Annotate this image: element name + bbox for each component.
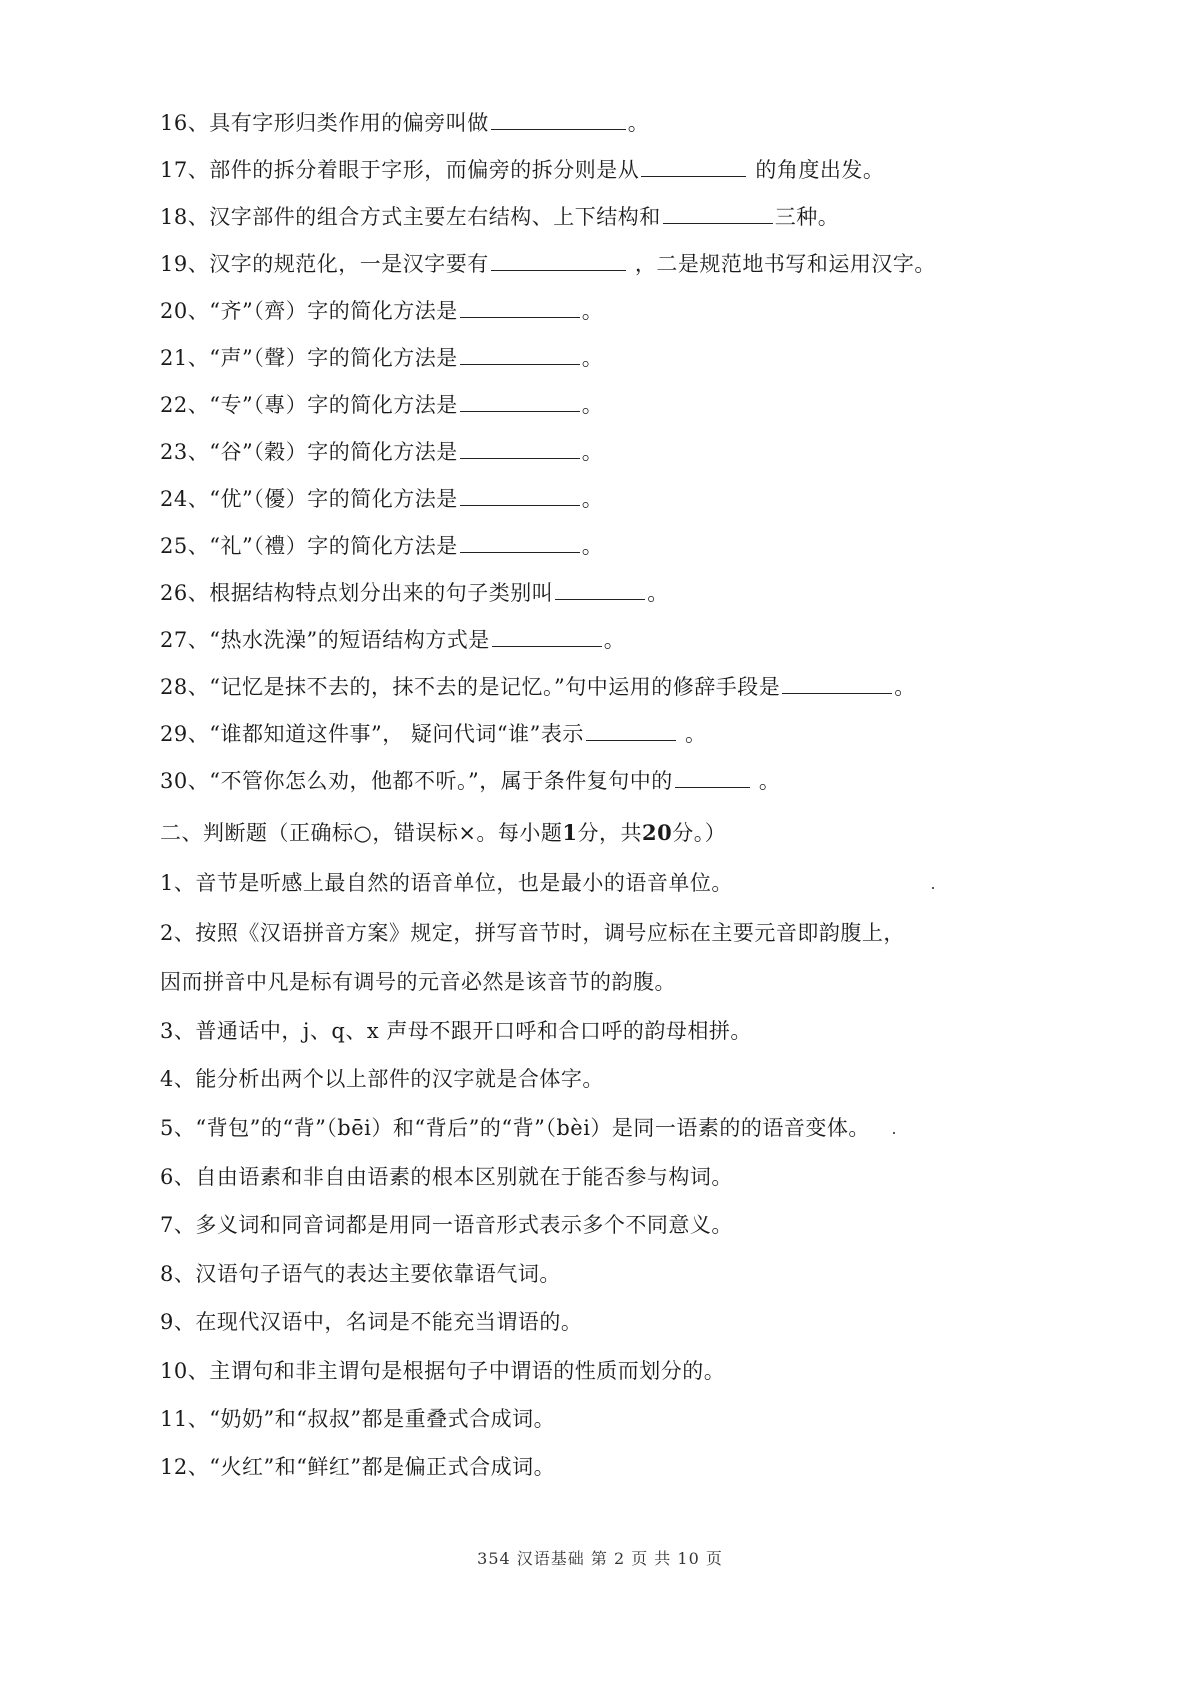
question-number: 22、 — [160, 393, 209, 417]
question-20: 20、“齐”（齊）字的简化方法是。 — [160, 296, 603, 326]
question-number: 24、 — [160, 487, 209, 511]
judgment-question-7: 7、多义词和同音词都是用同一语音形式表示多个不同意义。 — [160, 1210, 733, 1240]
question-ending: 。 — [582, 440, 604, 464]
question-text: “谷”（穀）字的简化方法是 — [209, 440, 457, 464]
question-text: “优”（優）字的简化方法是 — [209, 487, 457, 511]
question-text: “声”（聲）字的简化方法是 — [209, 346, 457, 370]
question-number: 17、 — [160, 158, 209, 182]
judgment-question-8: 8、汉语句子语气的表达主要依靠语气词。 — [160, 1259, 561, 1289]
answer-blank — [782, 673, 892, 694]
question-23: 23、“谷”（穀）字的简化方法是。 — [160, 437, 603, 467]
question-text: “不管你怎么劝，他都不听。”，属于条件复句中的 — [209, 769, 672, 793]
per-question-score: 1 — [562, 820, 577, 845]
question-ending: 。 — [894, 675, 916, 699]
question-number: 30、 — [160, 769, 209, 793]
answer-blank — [586, 720, 676, 741]
question-ending: 。 — [582, 534, 604, 558]
answer-blank — [491, 250, 626, 271]
question-number: 20、 — [160, 299, 209, 323]
page-footer: 354 汉语基础 第 2 页 共 10 页 — [0, 1548, 1200, 1570]
answer-blank — [555, 579, 645, 600]
question-text: “谁都知道这件事”， 疑问代词“谁”表示 — [209, 722, 584, 746]
section-title-text: 分，共 — [578, 821, 643, 845]
question-text: “记忆是抹不去的，抹不去的是记忆。”句中运用的修辞手段是 — [209, 675, 780, 699]
question-number: 23、 — [160, 440, 209, 464]
question-text: 汉字部件的组合方式主要左右结构、上下结构和 — [209, 205, 661, 229]
question-ending: 。 — [647, 581, 669, 605]
judgment-question-2: 2、按照《汉语拼音方案》规定，拼写音节时，调号应标在主要元音即韵腹上， — [160, 918, 905, 948]
question-ending: 。 — [582, 346, 604, 370]
question-number: 29、 — [160, 722, 209, 746]
question-ending: ，二是规范地书写和运用汉字。 — [628, 252, 936, 276]
question-text: “齐”（齊）字的简化方法是 — [209, 299, 457, 323]
question-21: 21、“声”（聲）字的简化方法是。 — [160, 343, 603, 373]
total-score: 20 — [642, 820, 672, 845]
question-number: 19、 — [160, 252, 209, 276]
question-text: “礼”（禮）字的简化方法是 — [209, 534, 457, 558]
question-number: 26、 — [160, 581, 209, 605]
question-text: 根据结构特点划分出来的句子类别叫 — [209, 581, 553, 605]
exam-page: 16、具有字形归类作用的偏旁叫做。 17、部件的拆分着眼于字形，而偏旁的拆分则是… — [0, 0, 1200, 1686]
question-ending: 。 — [604, 628, 626, 652]
question-ending: 。 — [582, 487, 604, 511]
judgment-question-5: 5、“背包”的“背”（bēi）和“背后”的“背”（bèi）是同一语素的的语音变体… — [160, 1113, 870, 1143]
question-ending: 。 — [582, 299, 604, 323]
question-24: 24、“优”（優）字的简化方法是。 — [160, 484, 603, 514]
judgment-question-1: 1、音节是听感上最自然的语音单位，也是最小的语音单位。 — [160, 868, 733, 898]
question-text: 部件的拆分着眼于字形，而偏旁的拆分则是从 — [209, 158, 639, 182]
question-number: 16、 — [160, 111, 209, 135]
question-ending: 。 — [678, 722, 707, 746]
question-text: 汉字的规范化，一是汉字要有 — [209, 252, 489, 276]
scan-speck — [893, 1132, 895, 1134]
judgment-question-4: 4、能分析出两个以上部件的汉字就是合体字。 — [160, 1064, 604, 1094]
question-30: 30、“不管你怎么劝，他都不听。”，属于条件复句中的 。 — [160, 766, 780, 796]
question-ending: 三种。 — [775, 205, 840, 229]
judgment-question-11: 11、“奶奶”和“叔叔”都是重叠式合成词。 — [160, 1404, 555, 1434]
judgment-question-6: 6、自由语素和非自由语素的根本区别就在于能否参与构词。 — [160, 1162, 733, 1192]
answer-blank — [460, 344, 580, 365]
question-ending: 。 — [752, 769, 781, 793]
question-ending: 。 — [582, 393, 604, 417]
question-text: “专”（專）字的简化方法是 — [209, 393, 457, 417]
question-text: 具有字形归类作用的偏旁叫做 — [209, 111, 489, 135]
question-22: 22、“专”（專）字的简化方法是。 — [160, 390, 603, 420]
question-number: 21、 — [160, 346, 209, 370]
judgment-question-10: 10、主谓句和非主谓句是根据句子中谓语的性质而划分的。 — [160, 1356, 725, 1386]
question-text: “热水洗澡”的短语结构方式是 — [209, 628, 489, 652]
question-number: 28、 — [160, 675, 209, 699]
answer-blank — [460, 485, 580, 506]
question-16: 16、具有字形归类作用的偏旁叫做。 — [160, 108, 649, 138]
section-title-text: 二、判断题（正确标○，错误标×。每小题 — [160, 821, 562, 845]
answer-blank — [460, 532, 580, 553]
judgment-question-9: 9、在现代汉语中，名词是不能充当谓语的。 — [160, 1307, 582, 1337]
question-number: 18、 — [160, 205, 209, 229]
answer-blank — [675, 767, 750, 788]
judgment-question-2-continued: 因而拼音中凡是标有调号的元音必然是该音节的韵腹。 — [160, 967, 676, 997]
question-17: 17、部件的拆分着眼于字形，而偏旁的拆分则是从 的角度出发。 — [160, 155, 884, 185]
question-19: 19、汉字的规范化，一是汉字要有 ，二是规范地书写和运用汉字。 — [160, 249, 936, 279]
question-number: 25、 — [160, 534, 209, 558]
answer-blank — [492, 626, 602, 647]
answer-blank — [460, 297, 580, 318]
question-29: 29、“谁都知道这件事”， 疑问代词“谁”表示 。 — [160, 719, 707, 749]
section-title-text: 分。） — [672, 821, 726, 845]
judgment-question-12: 12、“火红”和“鲜红”都是偏正式合成词。 — [160, 1452, 555, 1482]
answer-blank — [663, 203, 773, 224]
judgment-question-3: 3、普通话中，j、q、x 声母不跟开口呼和合口呼的韵母相拼。 — [160, 1016, 752, 1046]
answer-blank — [460, 438, 580, 459]
question-ending: 的角度出发。 — [748, 158, 884, 182]
answer-blank — [641, 156, 746, 177]
section-two-heading: 二、判断题（正确标○，错误标×。每小题1分，共20分。） — [160, 818, 726, 848]
scan-speck — [932, 887, 934, 889]
question-number: 27、 — [160, 628, 209, 652]
question-18: 18、汉字部件的组合方式主要左右结构、上下结构和三种。 — [160, 202, 839, 232]
question-27: 27、“热水洗澡”的短语结构方式是。 — [160, 625, 625, 655]
question-28: 28、“记忆是抹不去的，抹不去的是记忆。”句中运用的修辞手段是。 — [160, 672, 916, 702]
answer-blank — [460, 391, 580, 412]
answer-blank — [491, 109, 626, 130]
question-25: 25、“礼”（禮）字的简化方法是。 — [160, 531, 603, 561]
question-ending: 。 — [628, 111, 650, 135]
question-26: 26、根据结构特点划分出来的句子类别叫。 — [160, 578, 669, 608]
